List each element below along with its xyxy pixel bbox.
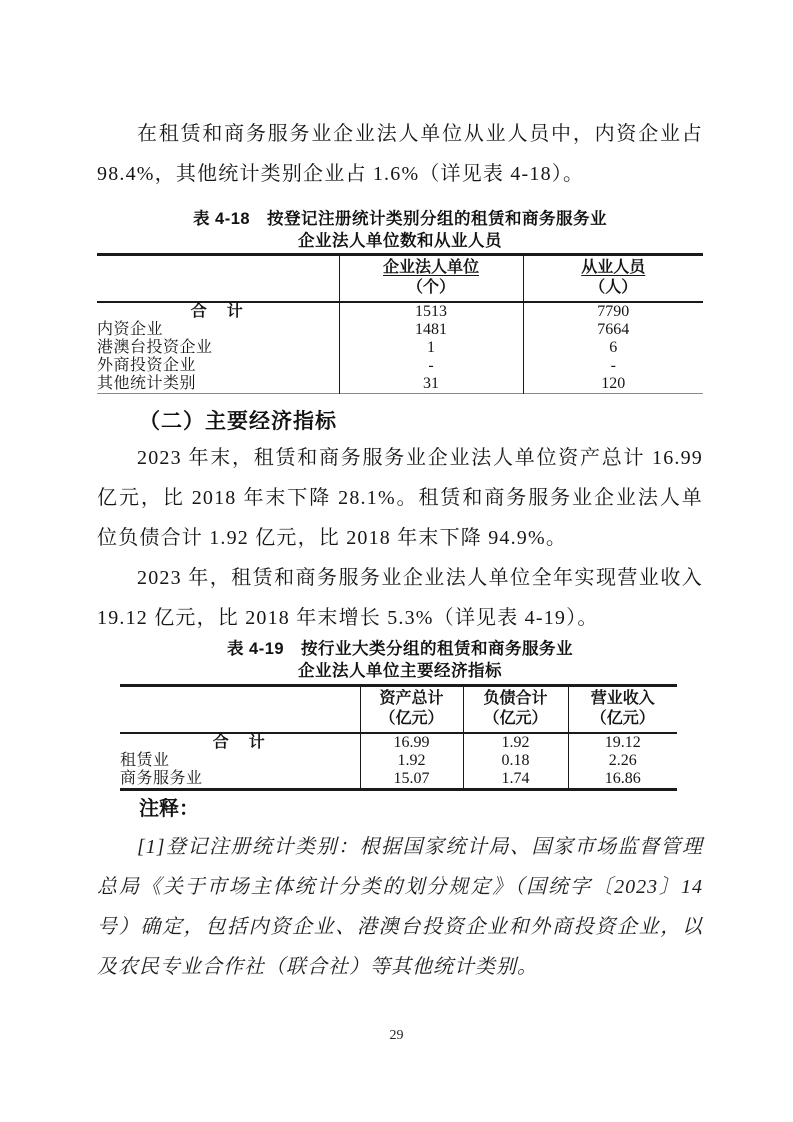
notes-heading: 注释： — [97, 795, 703, 823]
cell-value: 19.12 — [568, 733, 677, 752]
cell-value: 0.18 — [463, 752, 568, 770]
row-label: 合 计 — [97, 302, 339, 321]
document-page: 在租赁和商务服务业企业法人单位从业人员中，内资企业占 98.4%，其他统计类别企… — [0, 0, 793, 1122]
cell-value: 120 — [523, 375, 703, 394]
column-header-unit: （亿元） — [483, 710, 547, 727]
column-header-label: 负债合计 — [483, 690, 547, 707]
column-header: 企业法人单位 （个） — [339, 255, 523, 303]
cell-value: 1.92 — [360, 752, 463, 770]
stub-header — [120, 686, 360, 734]
page-content: 在租赁和商务服务业企业法人单位从业人员中，内资企业占 98.4%，其他统计类别企… — [97, 0, 703, 987]
column-header-label: 企业法人单位 — [383, 259, 479, 276]
row-label: 其他统计类别 — [97, 375, 339, 394]
section-heading: （二）主要经济指标 — [97, 408, 703, 436]
table-4-18-caption: 表 4-18 按登记注册统计类别分组的租赁和商务服务业 企业法人单位数和从业人员 — [97, 208, 703, 252]
cell-value: 16.86 — [568, 770, 677, 790]
column-header: 从业人员 （人） — [523, 255, 703, 303]
row-label: 合 计 — [120, 733, 360, 752]
table-4-19-caption-line2: 企业法人单位主要经济指标 — [97, 660, 703, 682]
intro-paragraph: 在租赁和商务服务业企业法人单位从业人员中，内资企业占 98.4%，其他统计类别企… — [97, 114, 703, 194]
cell-value: 1 — [339, 339, 523, 357]
cell-value: 1.74 — [463, 770, 568, 790]
table-row: 港澳台投资企业 1 6 — [97, 339, 703, 357]
column-header: 资产总计 （亿元） — [360, 686, 463, 734]
table-row: 商务服务业 15.07 1.74 16.86 — [120, 770, 677, 790]
row-label: 外商投资企业 — [97, 357, 339, 375]
column-header-label: 从业人员 — [581, 259, 645, 276]
stub-header — [97, 255, 339, 303]
cell-value: - — [523, 357, 703, 375]
table-row: 租赁业 1.92 0.18 2.26 — [120, 752, 677, 770]
column-header-unit: （人） — [589, 279, 637, 296]
cell-value: 1.92 — [463, 733, 568, 752]
cell-value: 16.99 — [360, 733, 463, 752]
cell-value: 6 — [523, 339, 703, 357]
cell-value: 2.26 — [568, 752, 677, 770]
cell-value: 15.07 — [360, 770, 463, 790]
row-label: 内资企业 — [97, 321, 339, 339]
table-row: 合 计 16.99 1.92 19.12 — [120, 733, 677, 752]
column-header: 营业收入 （亿元） — [568, 686, 677, 734]
note-item: [1]登记注册统计类别：根据国家统计局、国家市场监督管理总局《关于市场主体统计分… — [97, 827, 703, 987]
assets-paragraph: 2023 年末，租赁和商务服务业企业法人单位资产总计 16.99 亿元，比 20… — [97, 438, 703, 558]
row-label: 租赁业 — [120, 752, 360, 770]
cell-value: 7790 — [523, 302, 703, 321]
table-header-row: 资产总计 （亿元） 负债合计 （亿元） 营业收入 （亿元） — [120, 686, 677, 734]
column-header-unit: （亿元） — [591, 710, 655, 727]
table-4-18-caption-line2: 企业法人单位数和从业人员 — [97, 230, 703, 252]
column-header: 负债合计 （亿元） — [463, 686, 568, 734]
column-header-label: 营业收入 — [591, 690, 655, 707]
table-row: 其他统计类别 31 120 — [97, 375, 703, 394]
cell-value: 1481 — [339, 321, 523, 339]
table-4-19: 资产总计 （亿元） 负债合计 （亿元） 营业收入 （亿元） 合 计 — [120, 684, 677, 791]
cell-value: - — [339, 357, 523, 375]
column-header-unit: （亿元） — [379, 710, 443, 727]
table-4-19-caption-line1: 表 4-19 按行业大类分组的租赁和商务服务业 — [97, 638, 703, 660]
column-header-unit: （个） — [407, 279, 455, 296]
table-row: 合 计 1513 7790 — [97, 302, 703, 321]
cell-value: 1513 — [339, 302, 523, 321]
revenue-paragraph: 2023 年，租赁和商务服务业企业法人单位全年实现营业收入 19.12 亿元，比… — [97, 558, 703, 638]
table-header-row: 企业法人单位 （个） 从业人员 （人） — [97, 255, 703, 303]
table-row: 内资企业 1481 7664 — [97, 321, 703, 339]
table-4-19-caption: 表 4-19 按行业大类分组的租赁和商务服务业 企业法人单位主要经济指标 — [97, 638, 703, 682]
table-row: 外商投资企业 - - — [97, 357, 703, 375]
row-label: 商务服务业 — [120, 770, 360, 790]
column-header-label: 资产总计 — [379, 690, 443, 707]
page-number: 29 — [0, 1028, 793, 1044]
cell-value: 31 — [339, 375, 523, 394]
row-label: 港澳台投资企业 — [97, 339, 339, 357]
cell-value: 7664 — [523, 321, 703, 339]
table-4-18: 企业法人单位 （个） 从业人员 （人） 合 计 1513 7790 内资企业 — [97, 253, 703, 394]
table-4-18-caption-line1: 表 4-18 按登记注册统计类别分组的租赁和商务服务业 — [97, 208, 703, 230]
